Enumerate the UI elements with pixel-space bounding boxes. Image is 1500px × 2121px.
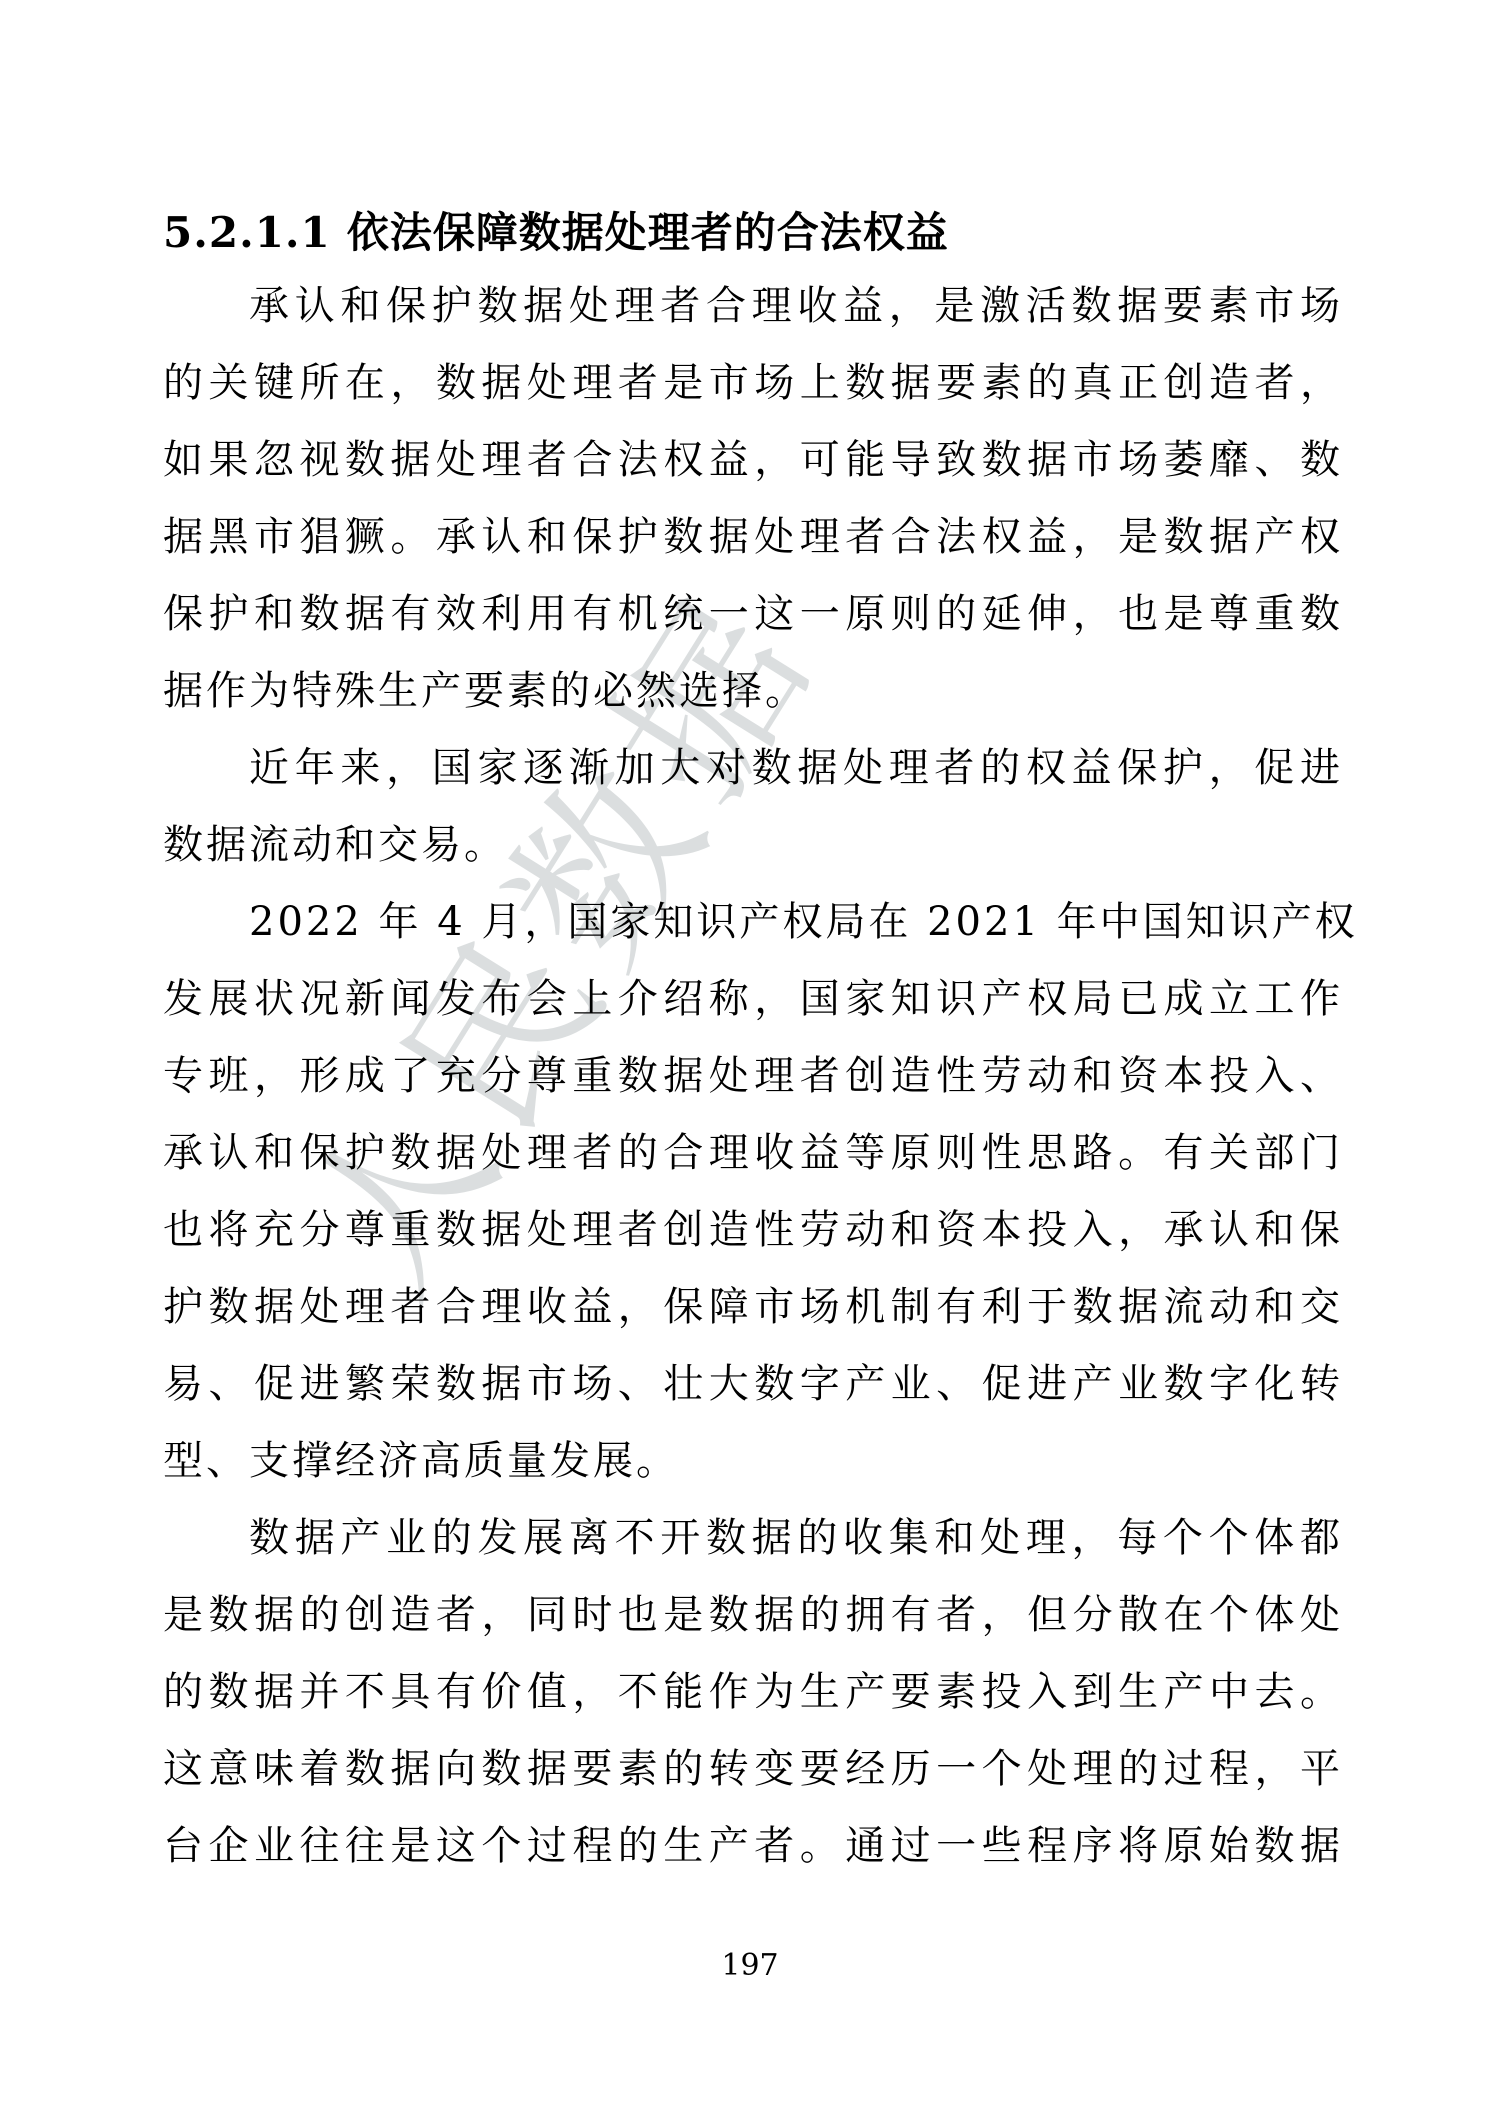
text-line: 2022 年 4 月，国家知识产权局在 2021 年中国知识产权	[163, 884, 1343, 961]
text-line: 承认和保护数据处理者合理收益，是激活数据要素市场	[163, 268, 1343, 345]
text-line: 台企业往往是这个过程的生产者。通过一些程序将原始数据	[163, 1808, 1343, 1885]
text-line: 是数据的创造者，同时也是数据的拥有者，但分散在个体处	[163, 1577, 1343, 1654]
text-line: 保护和数据有效利用有机统一这一原则的延伸，也是尊重数	[163, 576, 1343, 653]
paragraph-4: 数据产业的发展离不开数据的收集和处理，每个个体都 是数据的创造者，同时也是数据的…	[163, 1500, 1343, 1885]
text-line: 易、促进繁荣数据市场、壮大数字产业、促进产业数字化转	[163, 1346, 1343, 1423]
text-line: 数据产业的发展离不开数据的收集和处理，每个个体都	[163, 1500, 1343, 1577]
text-line: 这意味着数据向数据要素的转变要经历一个处理的过程，平	[163, 1731, 1343, 1808]
text-line: 发展状况新闻发布会上介绍称，国家知识产权局已成立工作	[163, 961, 1343, 1038]
text-line: 的关键所在，数据处理者是市场上数据要素的真正创造者，	[163, 345, 1343, 422]
body-text: 承认和保护数据处理者合理收益，是激活数据要素市场 的关键所在，数据处理者是市场上…	[163, 268, 1343, 1885]
document-page: 人民数据 5.2.1.1依法保障数据处理者的合法权益 承认和保护数据处理者合理收…	[0, 0, 1500, 2121]
section-title: 依法保障数据处理者的合法权益	[347, 208, 949, 257]
text-line: 承认和保护数据处理者的合理收益等原则性思路。有关部门	[163, 1115, 1343, 1192]
page-number: 197	[0, 1948, 1500, 1983]
text-line: 护数据处理者合理收益，保障市场机制有利于数据流动和交	[163, 1269, 1343, 1346]
text-line: 型、支撑经济高质量发展。	[163, 1423, 1343, 1500]
paragraph-2: 近年来，国家逐渐加大对数据处理者的权益保护，促进 数据流动和交易。	[163, 730, 1343, 884]
text-line: 也将充分尊重数据处理者创造性劳动和资本投入，承认和保	[163, 1192, 1343, 1269]
section-heading: 5.2.1.1依法保障数据处理者的合法权益	[163, 200, 1343, 260]
paragraph-1: 承认和保护数据处理者合理收益，是激活数据要素市场 的关键所在，数据处理者是市场上…	[163, 268, 1343, 730]
text-line: 据作为特殊生产要素的必然选择。	[163, 653, 1343, 730]
text-line: 的数据并不具有价值，不能作为生产要素投入到生产中去。	[163, 1654, 1343, 1731]
text-line: 数据流动和交易。	[163, 807, 1343, 884]
text-line: 如果忽视数据处理者合法权益，可能导致数据市场萎靡、数	[163, 422, 1343, 499]
text-line: 近年来，国家逐渐加大对数据处理者的权益保护，促进	[163, 730, 1343, 807]
section-number: 5.2.1.1	[163, 208, 331, 257]
text-line: 专班，形成了充分尊重数据处理者创造性劳动和资本投入、	[163, 1038, 1343, 1115]
paragraph-3: 2022 年 4 月，国家知识产权局在 2021 年中国知识产权 发展状况新闻发…	[163, 884, 1343, 1500]
text-line: 据黑市猖獗。承认和保护数据处理者合法权益，是数据产权	[163, 499, 1343, 576]
